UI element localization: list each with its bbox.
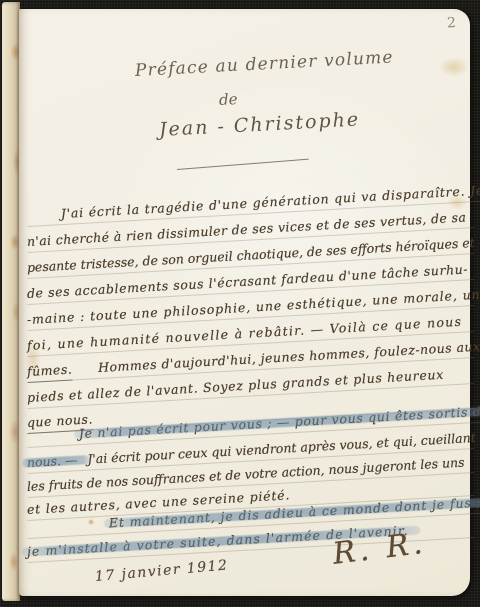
title-line-2: de [219, 90, 238, 109]
title-underline [177, 159, 309, 170]
date: 17 janvier 1912 [94, 557, 229, 585]
manuscript-photo: { "document": { "page_number": "2", "tit… [0, 0, 480, 607]
handwritten-text: fûmes. [26, 359, 72, 382]
foxing-stain [439, 57, 469, 77]
struck-text: nous. — [26, 450, 78, 473]
notebook-page: 2 Préface au dernier volume de Jean - Ch… [19, 9, 470, 596]
title-line-3: Jean - Christophe [158, 108, 360, 141]
title-line-1: Préface au dernier volume [134, 47, 394, 81]
page-number: 2 [447, 15, 468, 32]
book-edge [2, 2, 20, 601]
